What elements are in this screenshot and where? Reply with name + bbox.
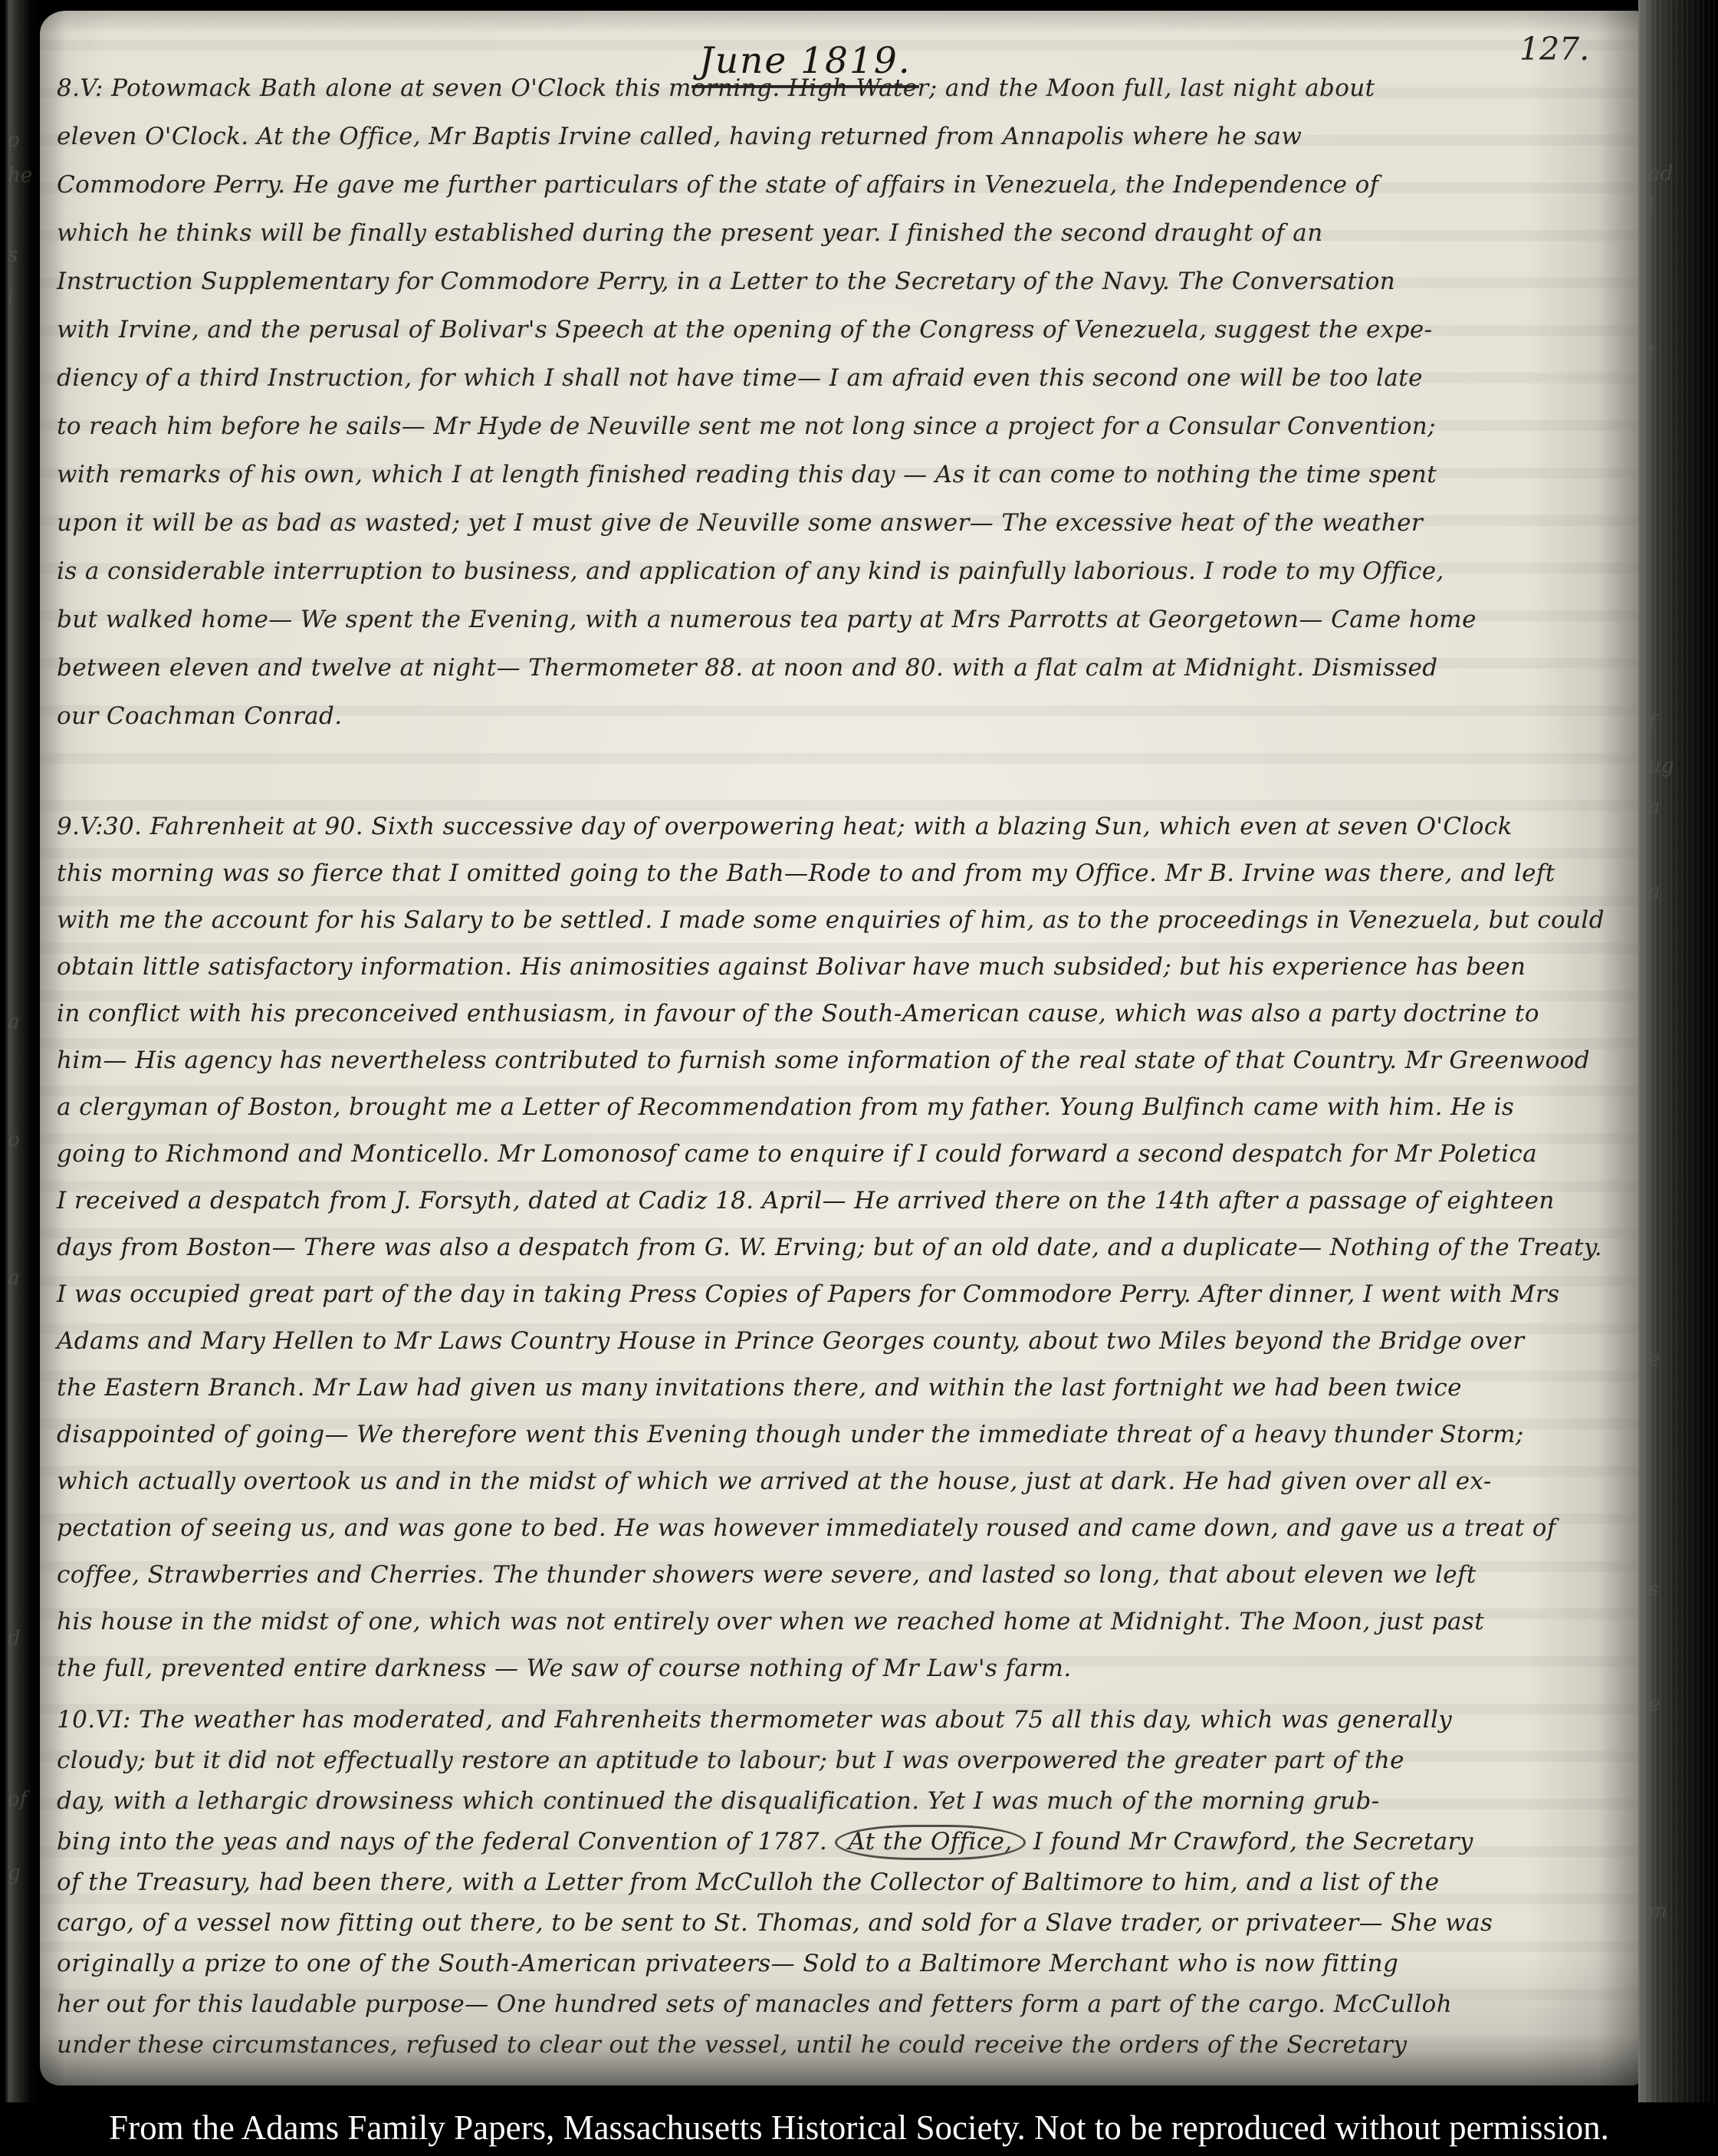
margin-bleed-character: e: [1648, 1348, 1660, 1371]
manuscript-line: with me the account for his Salary to be…: [57, 897, 1622, 944]
margin-bleed-character: f: [1648, 712, 1656, 735]
manuscript-line: with remarks of his own, which I at leng…: [57, 451, 1622, 499]
manuscript-line: obtain little satisfactory information. …: [57, 944, 1622, 991]
margin-bleed-character: l: [1648, 195, 1654, 218]
manuscript-line: the full, prevented entire darkness — We…: [57, 1645, 1622, 1692]
manuscript-line: Commodore Perry. He gave me further part…: [57, 161, 1622, 209]
book-fore-edge: [1638, 0, 1718, 2105]
margin-bleed-character: o: [8, 129, 20, 152]
attribution-caption: From the Adams Family Papers, Massachuse…: [0, 2102, 1718, 2156]
manuscript-line: with Irvine, and the perusal of Bolivar'…: [57, 306, 1622, 354]
diary-text: 8.V: Potowmack Bath alone at seven O'Clo…: [57, 64, 1622, 2066]
diary-entry: 8.V: Potowmack Bath alone at seven O'Clo…: [57, 64, 1622, 741]
manuscript-line: our Coachman Conrad.: [57, 692, 1622, 741]
circled-phrase: At the Office,: [835, 1825, 1025, 1860]
margin-bleed-character: g: [8, 1862, 21, 1885]
margin-bleed-character: he: [8, 164, 32, 187]
margin-bleed-character: a: [8, 1011, 20, 1034]
margin-bleed-character: m: [1648, 1900, 1667, 1923]
manuscript-line: I received a despatch from J. Forsyth, d…: [57, 1178, 1622, 1224]
manuscript-line: coffee, Strawberries and Cherries. The t…: [57, 1552, 1622, 1599]
manuscript-line: cloudy; but it did not effectually resto…: [57, 1740, 1622, 1781]
manuscript-scan: June 1819. 127. 8.V: Potowmack Bath alon…: [0, 0, 1718, 2156]
manuscript-line: in conflict with his preconceived enthus…: [57, 991, 1622, 1037]
manuscript-line: but walked home— We spent the Evening, w…: [57, 596, 1622, 644]
margin-bleed-character: d: [8, 1627, 21, 1650]
manuscript-line: bing into the yeas and nays of the feder…: [57, 1822, 1622, 1862]
line-text: bing into the yeas and nays of the feder…: [57, 1828, 835, 1855]
margin-bleed-character: a: [8, 1267, 20, 1290]
manuscript-line: this morning was so fierce that I omitte…: [57, 850, 1622, 897]
manuscript-line: him— His agency has nevertheless contrib…: [57, 1037, 1622, 1084]
manuscript-line: originally a prize to one of the South-A…: [57, 1944, 1622, 1984]
manuscript-line: of the Treasury, had been there, with a …: [57, 1862, 1622, 1903]
diary-entry: 9.V:30. Fahrenheit at 90. Sixth successi…: [57, 804, 1622, 1692]
manuscript-line: eleven O'Clock. At the Office, Mr Baptis…: [57, 113, 1622, 161]
manuscript-page: June 1819. 127. 8.V: Potowmack Bath alon…: [40, 11, 1641, 2085]
margin-bleed-character: of: [8, 1788, 27, 1811]
manuscript-line: a clergyman of Boston, brought me a Lett…: [57, 1084, 1622, 1131]
manuscript-line: pectation of seeing us, and was gone to …: [57, 1505, 1622, 1552]
manuscript-line: upon it will be as bad as wasted; yet I …: [57, 499, 1622, 547]
manuscript-line: diency of a third Instruction, for which…: [57, 354, 1622, 403]
diary-entry: 10.VI: The weather has moderated, and Fa…: [57, 1700, 1622, 2066]
manuscript-line: 10.VI: The weather has moderated, and Fa…: [57, 1700, 1622, 1740]
manuscript-line: between eleven and twelve at night— Ther…: [57, 644, 1622, 692]
manuscript-line: her out for this laudable purpose— One h…: [57, 1984, 1622, 2025]
margin-bleed-character: ad: [1648, 163, 1673, 186]
margin-bleed-character: a: [1648, 796, 1661, 819]
margin-bleed-character: t: [1648, 340, 1656, 363]
manuscript-line: which he thinks will be finally establis…: [57, 209, 1622, 258]
margin-bleed-character: s: [1648, 1578, 1658, 1601]
margin-bleed-character: e: [1648, 1693, 1660, 1716]
manuscript-line: is a considerable interruption to busine…: [57, 547, 1622, 596]
manuscript-line: 8.V: Potowmack Bath alone at seven O'Clo…: [57, 64, 1622, 113]
manuscript-line: cargo, of a vessel now fitting out there…: [57, 1903, 1622, 1944]
manuscript-line: disappointed of going— We therefore went…: [57, 1412, 1622, 1458]
page-number: 127.: [1519, 31, 1589, 67]
manuscript-line: 9.V:30. Fahrenheit at 90. Sixth successi…: [57, 804, 1622, 850]
manuscript-line: Instruction Supplementary for Commodore …: [57, 258, 1622, 306]
manuscript-line: day, with a lethargic drowsiness which c…: [57, 1781, 1622, 1822]
line-text: I found Mr Crawford, the Secretary: [1026, 1828, 1473, 1855]
manuscript-line: I was occupied great part of the day in …: [57, 1271, 1622, 1318]
caption-text: From the Adams Family Papers, Massachuse…: [109, 2108, 1609, 2147]
manuscript-line: days from Boston— There was also a despa…: [57, 1224, 1622, 1271]
manuscript-line: which actually overtook us and in the mi…: [57, 1458, 1622, 1505]
margin-bleed-character: i: [8, 285, 14, 308]
manuscript-line: under these circumstances, refused to cl…: [57, 2025, 1622, 2066]
manuscript-line: his house in the midst of one, which was…: [57, 1599, 1622, 1645]
margin-bleed-character: ug: [1648, 754, 1674, 777]
manuscript-line: going to Richmond and Monticello. Mr Lom…: [57, 1131, 1622, 1178]
margin-bleed-character: a: [1648, 880, 1661, 903]
manuscript-line: the Eastern Branch. Mr Law had given us …: [57, 1365, 1622, 1412]
manuscript-line: to reach him before he sails— Mr Hyde de…: [57, 403, 1622, 451]
manuscript-line: Adams and Mary Hellen to Mr Laws Country…: [57, 1318, 1622, 1365]
margin-bleed-character: o: [8, 1129, 20, 1152]
margin-bleed-character: s: [8, 244, 18, 267]
